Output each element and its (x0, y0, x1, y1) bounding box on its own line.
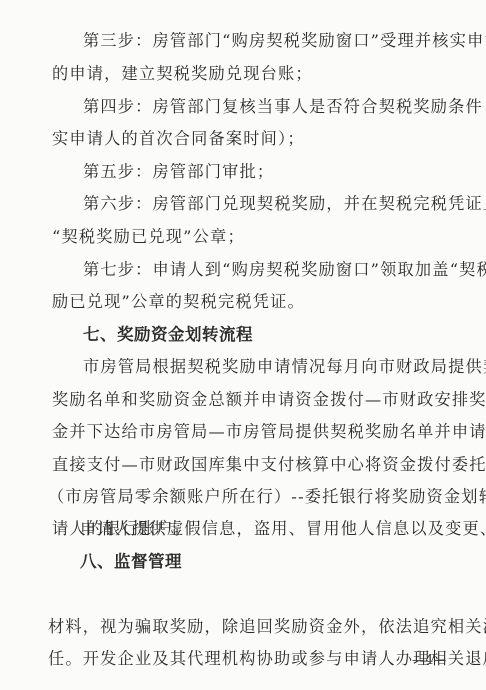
section-8-paragraph-line-1: 申请人提供虚假信息，盗用、冒用他人信息以及变更、伪造 (80, 518, 486, 540)
step-7-line-2: 励已兑现”公章的契税完税凭证。 (52, 291, 305, 313)
section-8-paragraph-line-2: 材料，视为骗取奖励，除追回奖励资金外，依法追究相关法律责 (48, 616, 486, 638)
section-7-paragraph-line-5: （市房管局零余额账户所在行）--委托银行将奖励资金划转至申 (48, 486, 486, 508)
section-7-paragraph-line-3: 金并下达给市房管局—市房管局提供契税奖励名单并申请国库 (52, 421, 486, 443)
section-7-paragraph-line-4: 直接支付—市财政国库集中支付核算中心将资金拨付委托银行 (52, 454, 486, 476)
section-7-paragraph-line-2: 奖励名单和奖励资金总额并申请资金拨付—市财政安排奖励资 (52, 389, 486, 411)
step-5-line: 第五步：房管部门审批； (83, 161, 274, 183)
step-4-line-1: 第四步：房管部门复核当事人是否符合契税奖励条件（含核 (83, 96, 486, 118)
page-number: —4— (412, 653, 446, 668)
step-6-line-1: 第六步：房管部门兑现契税奖励，并在契税完税凭证上加盖 (83, 193, 486, 215)
document-page: 第三步：房管部门“购房契税奖励窗口”受理并核实申请人 的申请，建立契税奖励兑现台… (0, 0, 486, 690)
section-8-heading: 八、监督管理 (80, 551, 182, 573)
step-6-line-2: “契税奖励已兑现”公章； (52, 226, 245, 248)
step-3-line-2: 的申请，建立契税奖励兑现台账； (52, 63, 313, 85)
section-7-heading: 七、奖励资金划转流程 (83, 324, 253, 346)
section-7-paragraph-line-1: 市房管局根据契税奖励申请情况每月向市财政局提供契税 (83, 356, 486, 378)
step-4-line-2: 实申请人的首次合同备案时间）； (52, 128, 305, 150)
step-7-line-1: 第七步：申请人到“购房契税奖励窗口”领取加盖“契税奖 (83, 259, 486, 281)
step-3-line-1: 第三步：房管部门“购房契税奖励窗口”受理并核实申请人 (83, 30, 486, 52)
